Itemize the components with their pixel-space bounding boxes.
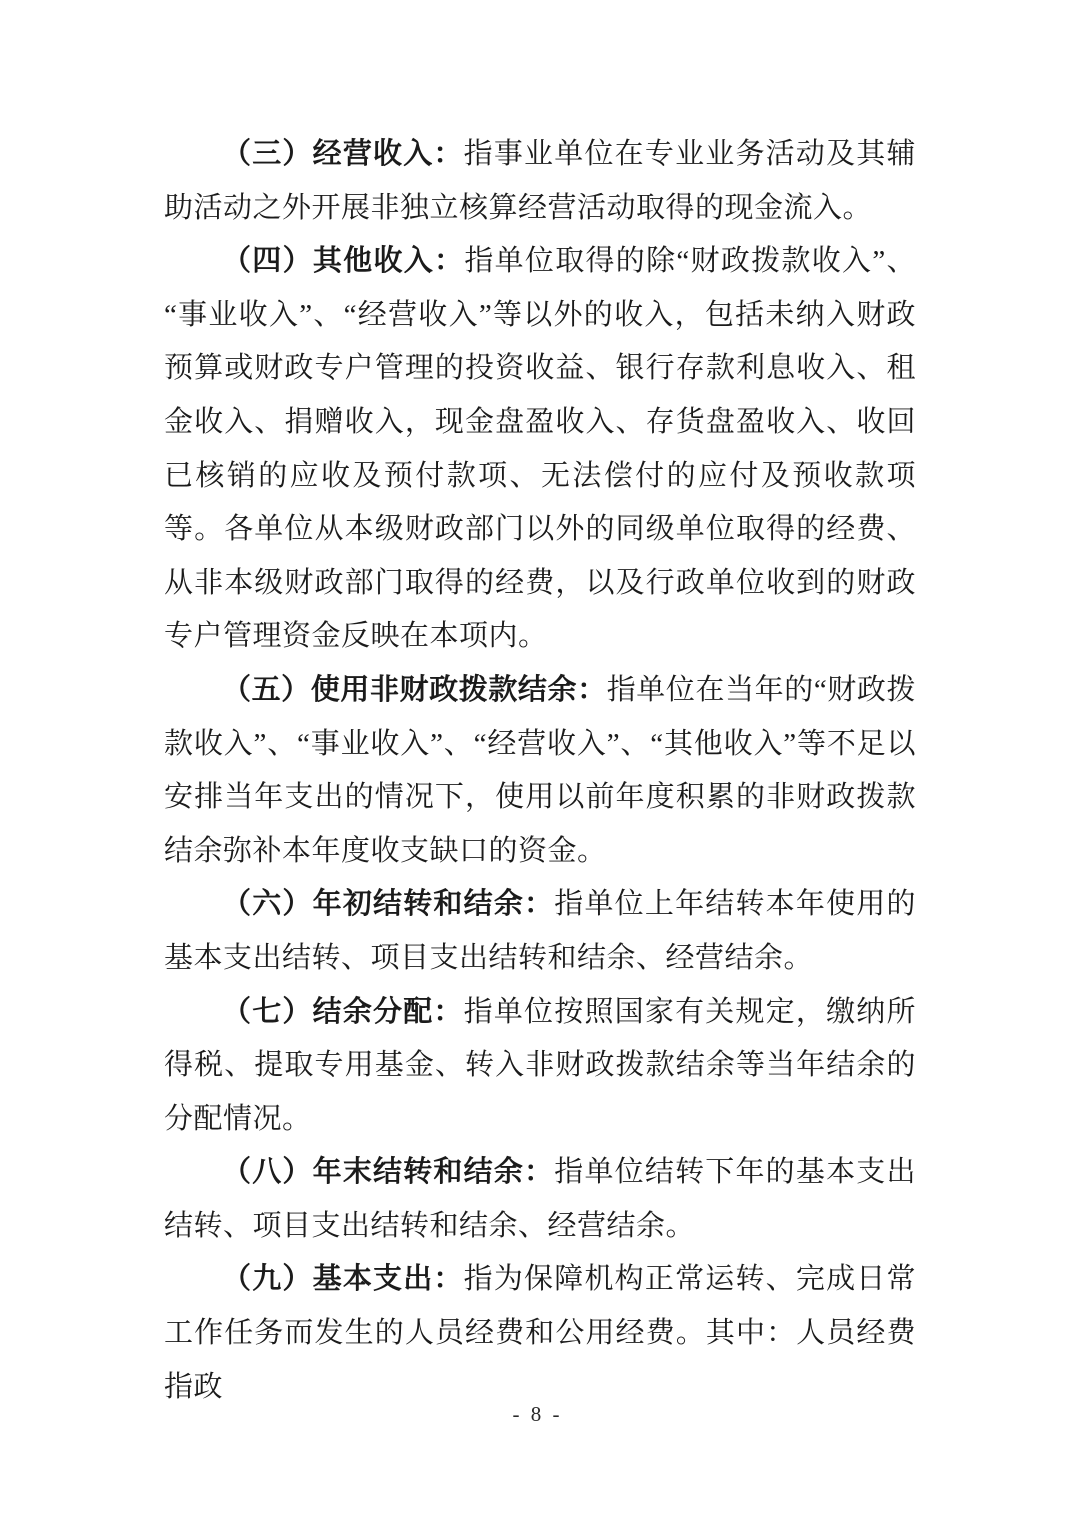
paragraph-beginning-year-carryover: （六）年初结转和结余：指单位上年结转本年使用的基本支出结转、项目支出结转和结余、… <box>164 878 916 985</box>
paragraph-heading: （九）基本支出： <box>222 1263 464 1295</box>
page-number: - 8 - <box>0 1402 1075 1427</box>
paragraph-use-of-nonfiscal-carryover: （五）使用非财政拨款结余：指单位在当年的“财政拨款收入”、“事业收入”、“经营收… <box>164 664 916 878</box>
paragraph-heading: （五）使用非财政拨款结余： <box>222 674 607 706</box>
paragraph-heading: （八）年末结转和结余： <box>222 1156 554 1188</box>
paragraph-heading: （三）经营收入： <box>222 138 464 170</box>
paragraph-operating-income: （三）经营收入：指事业单位在专业业务活动及其辅助活动之外开展非独立核算经营活动取… <box>164 128 916 235</box>
document-page: （三）经营收入：指事业单位在专业业务活动及其辅助活动之外开展非独立核算经营活动取… <box>0 0 1075 1520</box>
paragraph-heading: （四）其他收入： <box>222 245 464 277</box>
paragraph-heading: （六）年初结转和结余： <box>222 888 554 920</box>
paragraph-text: 指单位取得的除“财政拨款收入”、“事业收入”、“经营收入”等以外的收入，包括未纳… <box>164 245 916 652</box>
paragraph-other-income: （四）其他收入：指单位取得的除“财政拨款收入”、“事业收入”、“经营收入”等以外… <box>164 235 916 664</box>
paragraph-surplus-distribution: （七）结余分配：指单位按照国家有关规定，缴纳所得税、提取专用基金、转入非财政拨款… <box>164 986 916 1147</box>
paragraph-basic-expenditure: （九）基本支出：指为保障机构正常运转、完成日常工作任务而发生的人员经费和公用经费… <box>164 1253 916 1414</box>
paragraph-heading: （七）结余分配： <box>222 996 464 1028</box>
document-body: （三）经营收入：指事业单位在专业业务活动及其辅助活动之外开展非独立核算经营活动取… <box>164 128 916 1414</box>
paragraph-yearend-carryover: （八）年末结转和结余：指单位结转下年的基本支出结转、项目支出结转和结余、经营结余… <box>164 1146 916 1253</box>
